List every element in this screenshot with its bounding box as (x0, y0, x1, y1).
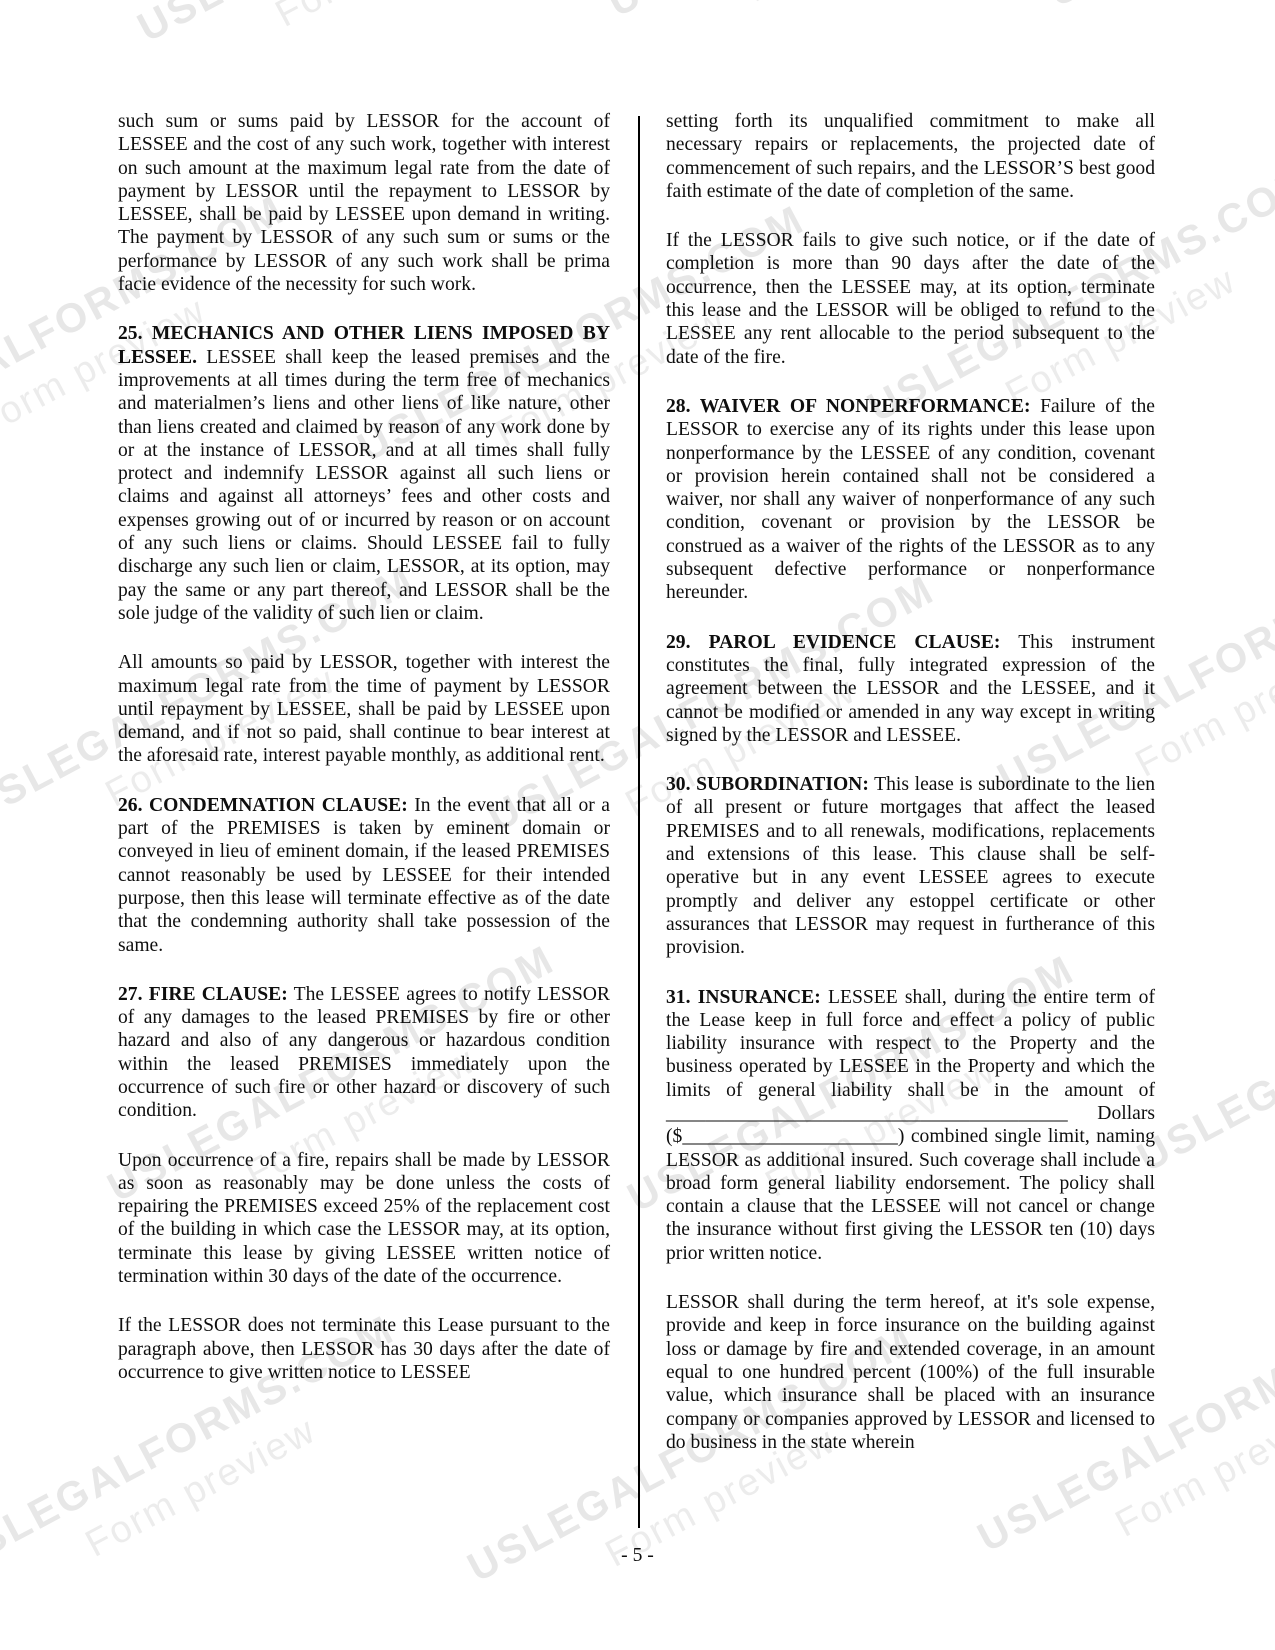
watermark-brand-text: USLEGALFORMS.COM (600, 0, 1063, 26)
section-heading: 25. MECHANICS AND OTHER LIENS IMPOSED BY… (118, 323, 610, 367)
document-page: USLEGALFORMS.COMForm previewUSLEGALFORMS… (0, 0, 1275, 1650)
paragraph: If the LESSOR fails to give such notice,… (666, 229, 1155, 369)
page-number: - 5 - (0, 1544, 1275, 1567)
paragraph: such sum or sums paid by LESSOR for the … (118, 110, 610, 296)
watermark-preview-text: Form preview (739, 0, 1087, 11)
section-heading: 29. PAROL EVIDENCE CLAUSE: (666, 632, 1000, 653)
watermark-brand-text: USLEGALFORMS.COM (1040, 0, 1275, 16)
section-heading: 27. FIRE CLAUSE: (118, 984, 288, 1005)
section-heading: 30. SUBORDINATION: (666, 774, 869, 795)
watermark: USLEGALFORMS.COMForm preview (600, 0, 1087, 72)
watermark: USLEGALFORMS.COMForm preview (1040, 0, 1275, 62)
section-paragraph: 26. CONDEMNATION CLAUSE: In the event th… (118, 794, 610, 957)
watermark-preview-text: Form preview (1269, 954, 1275, 1166)
paragraph: If the LESSOR does not terminate this Le… (118, 1314, 610, 1384)
column-divider-line (638, 116, 640, 1528)
section-paragraph: 25. MECHANICS AND OTHER LIENS IMPOSED BY… (118, 322, 610, 625)
section-paragraph: 28. WAIVER OF NONPERFORMANCE: Failure of… (666, 395, 1155, 605)
watermark-brand-text: USLEGALFORMS.COM (130, 0, 593, 51)
section-paragraph: 29. PAROL EVIDENCE CLAUSE: This instrume… (666, 631, 1155, 747)
paragraph: LESSOR shall during the term hereof, at … (666, 1291, 1155, 1454)
paragraph: setting forth its unqualified commitment… (666, 110, 1155, 203)
section-heading: 31. INSURANCE: (666, 987, 821, 1008)
paragraph: All amounts so paid by LESSOR, together … (118, 651, 610, 767)
watermark-preview-text: Form preview (269, 0, 617, 36)
right-text-column: setting forth its unqualified commitment… (666, 110, 1155, 1480)
section-heading: 26. CONDEMNATION CLAUSE: (118, 795, 408, 816)
section-paragraph: 30. SUBORDINATION: This lease is subordi… (666, 773, 1155, 959)
watermark-preview-text: Form preview (1179, 0, 1275, 1)
section-heading: 28. WAIVER OF NONPERFORMANCE: (666, 396, 1031, 417)
section-paragraph: 31. INSURANCE: LESSEE shall, during the … (666, 986, 1155, 1266)
left-text-column: such sum or sums paid by LESSOR for the … (118, 110, 610, 1410)
watermark: USLEGALFORMS.COMForm preview (130, 0, 617, 97)
paragraph: Upon occurrence of a fire, repairs shall… (118, 1149, 610, 1289)
section-paragraph: 27. FIRE CLAUSE: The LESSEE agrees to no… (118, 983, 610, 1123)
